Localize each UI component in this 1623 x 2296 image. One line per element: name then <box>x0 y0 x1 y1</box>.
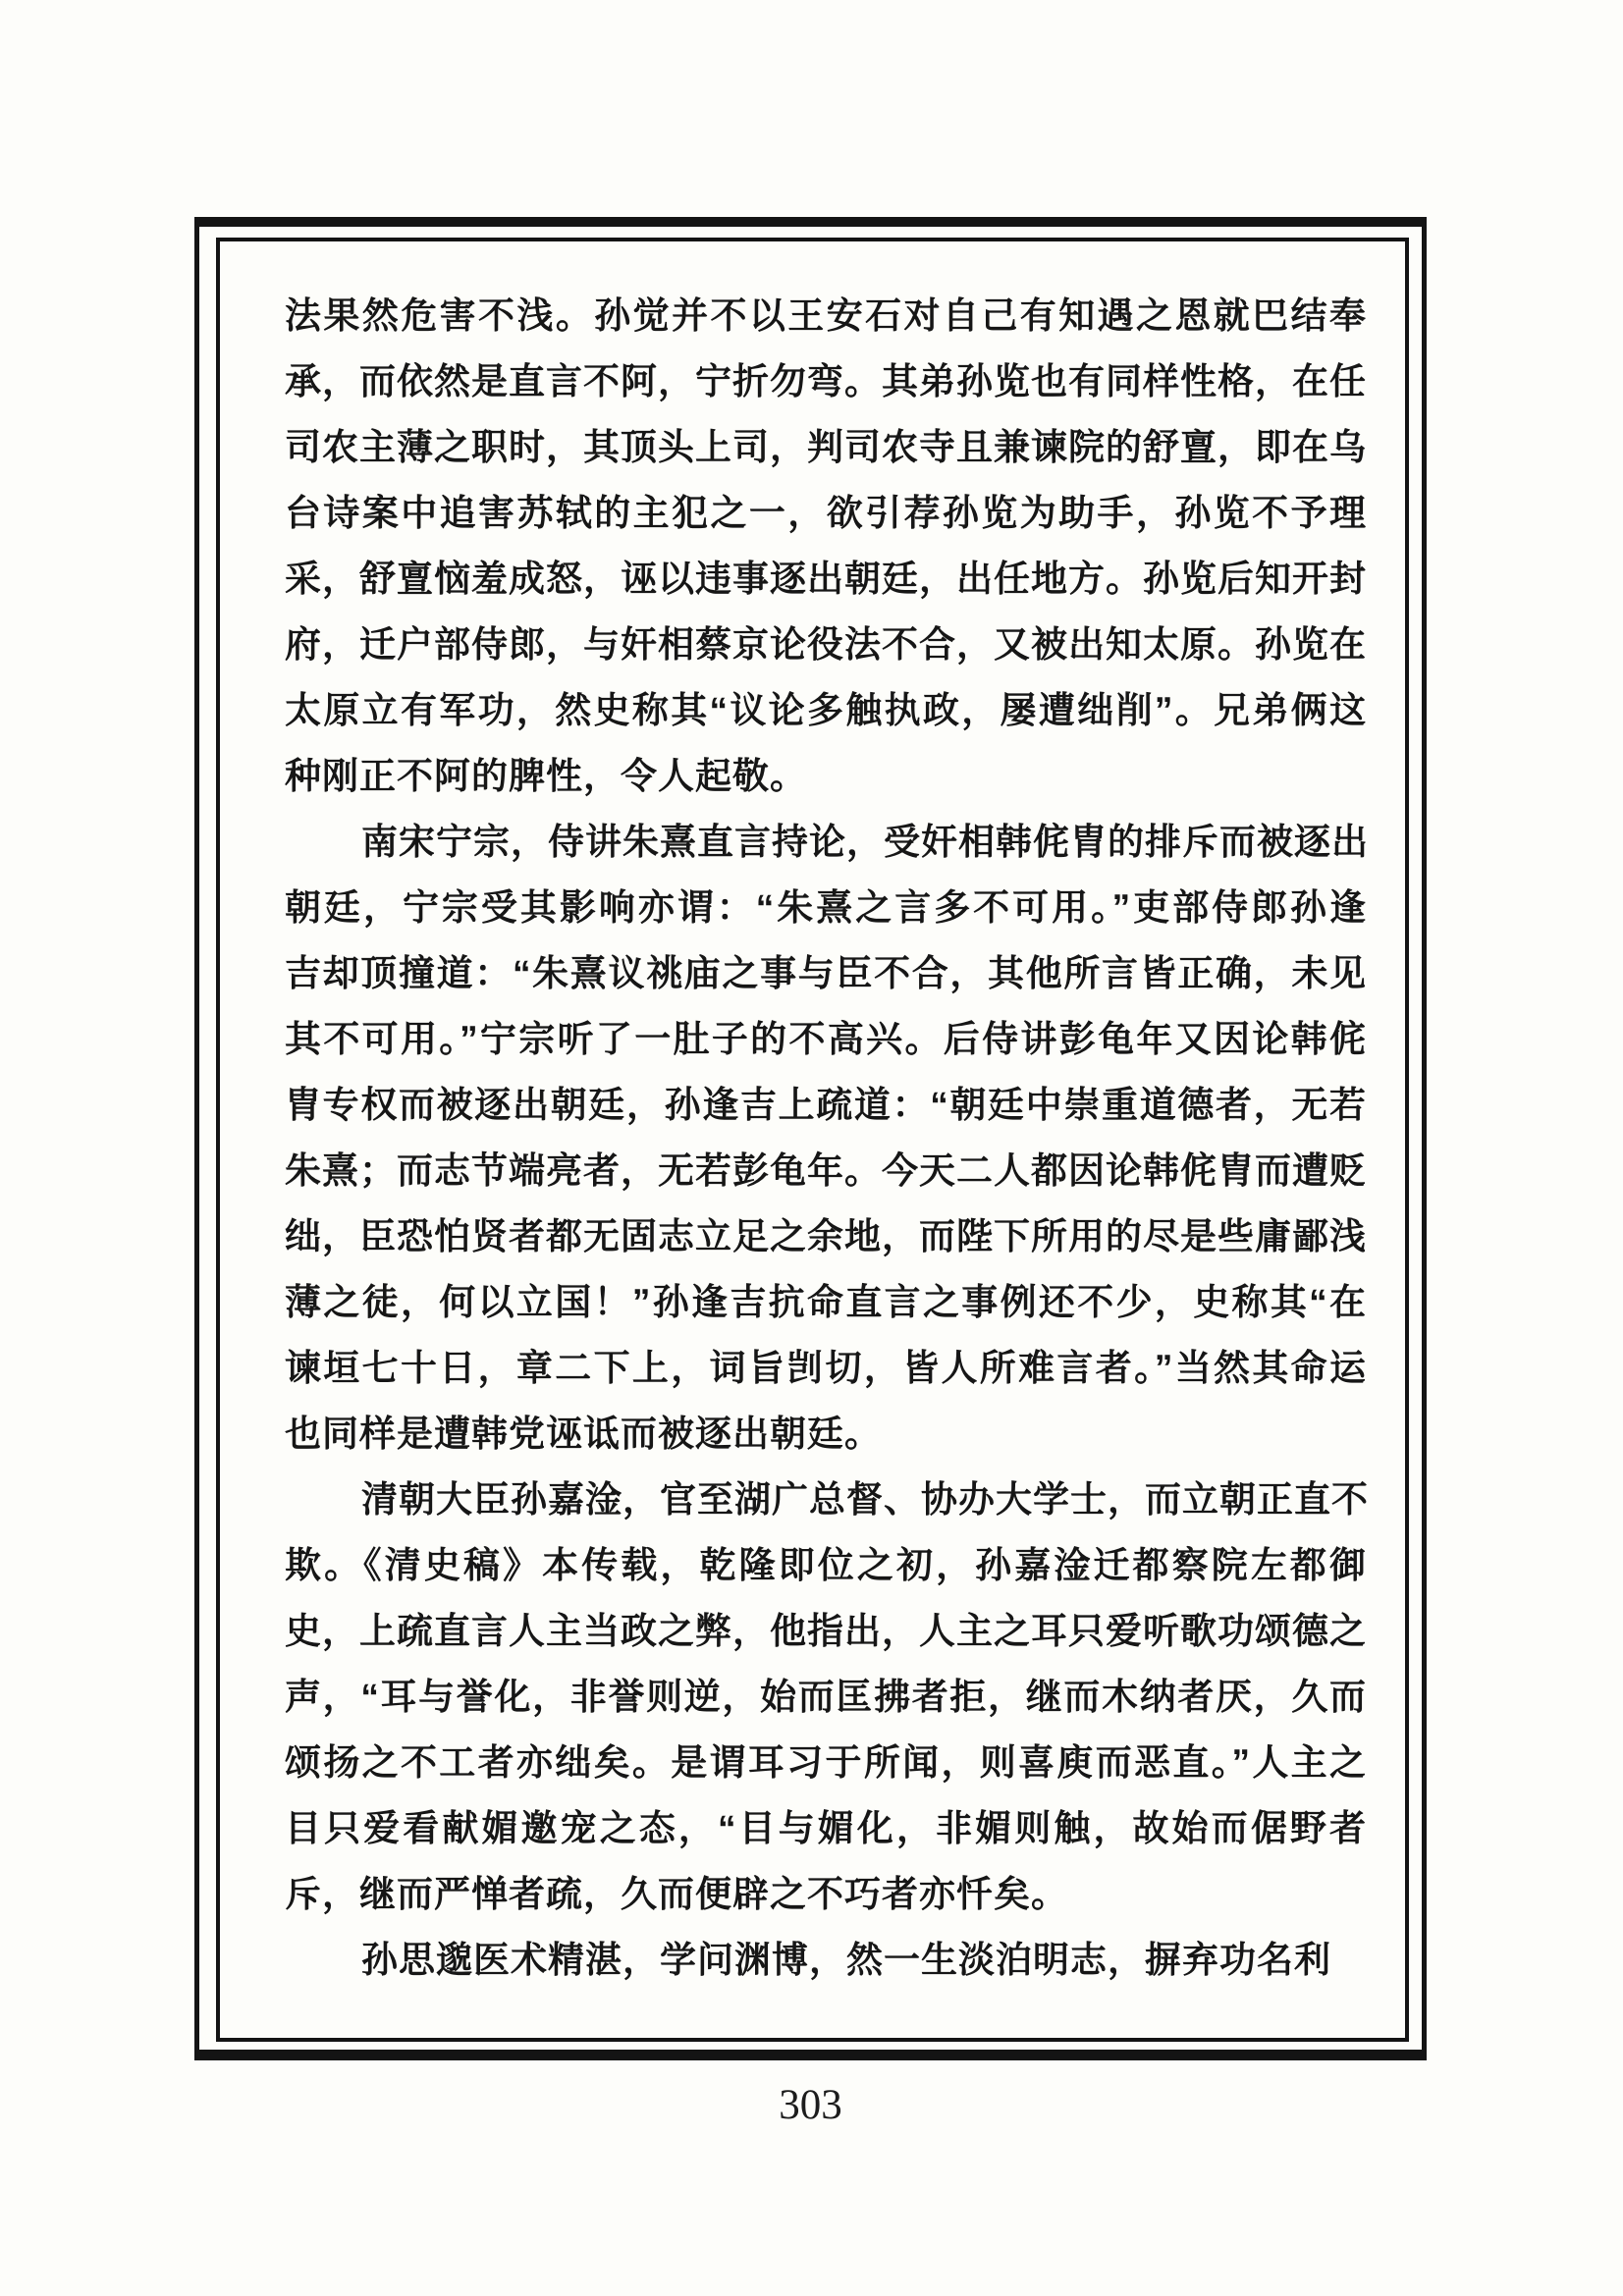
text-line: 采，舒亶恼羞成怒，诬以违事逐出朝廷，出任地方。孙览后知开封 <box>285 546 1367 612</box>
page-number: 303 <box>194 2081 1427 2129</box>
text-line: 台诗案中追害苏轼的主犯之一，欲引荐孙览为助手，孙览不予理 <box>285 480 1367 546</box>
text-line: 欺。《清史稿》本传载，乾隆即位之初，孙嘉淦迁都察院左都御 <box>285 1532 1367 1598</box>
text-line: 孙思邈医术精湛，学问渊博，然一生淡泊明志，摒弃功名利 <box>285 1927 1367 1993</box>
text-line: 声，“耳与誉化，非誉则逆，始而匡拂者拒，继而木纳者厌，久而 <box>285 1664 1367 1730</box>
text-line: 颂扬之不工者亦绌矣。是谓耳习于所闻，则喜庾而恶直。”人主之 <box>285 1730 1367 1795</box>
text-line: 其不可用。”宁宗听了一肚子的不高兴。后侍讲彭龟年又因论韩侂 <box>285 1006 1367 1072</box>
text-line: 朝廷，宁宗受其影响亦谓：“朱熹之言多不可用。”吏部侍郎孙逢 <box>285 875 1367 940</box>
text-block: 法果然危害不浅。孙觉并不以王安石对自己有知遇之恩就巴结奉承，而依然是直言不阿，宁… <box>285 283 1367 1993</box>
text-line: 目只爱看献媚邀宠之态，“目与媚化，非媚则触，故始而倨野者 <box>285 1795 1367 1861</box>
text-line: 史，上疏直言人主当政之弊，他指出，人主之耳只爱听歌功颂德之 <box>285 1598 1367 1664</box>
text-line: 种刚正不阿的脾性，令人起敬。 <box>285 743 1367 809</box>
text-line: 绌，臣恐怕贤者都无固志立足之余地，而陛下所用的尽是些庸鄙浅 <box>285 1203 1367 1269</box>
text-line: 也同样是遭韩党诬诋而被逐出朝廷。 <box>285 1401 1367 1467</box>
text-line: 薄之徒，何以立国！”孙逢吉抗命直言之事例还不少，史称其“在 <box>285 1269 1367 1335</box>
text-line: 斥，继而严惮者疏，久而便辟之不巧者亦忏矣。 <box>285 1861 1367 1927</box>
text-line: 承，而依然是直言不阿，宁折勿弯。其弟孙览也有同样性格，在任 <box>285 348 1367 414</box>
text-line: 谏垣七十日，章二下上，词旨剀切，皆人所难言者。”当然其命运 <box>285 1335 1367 1401</box>
text-line: 府，迁户部侍郎，与奸相蔡京论役法不合，又被出知太原。孙览在 <box>285 612 1367 677</box>
text-line: 胄专权而被逐出朝廷，孙逢吉上疏道：“朝廷中崇重道德者，无若 <box>285 1072 1367 1138</box>
text-line: 司农主薄之职时，其顶头上司，判司农寺且兼谏院的舒亶，即在乌 <box>285 414 1367 480</box>
text-line: 南宋宁宗，侍讲朱熹直言持论，受奸相韩侂胄的排斥而被逐出 <box>285 809 1367 875</box>
text-line: 法果然危害不浅。孙觉并不以王安石对自己有知遇之恩就巴结奉 <box>285 283 1367 348</box>
text-line: 清朝大臣孙嘉淦，官至湖广总督、协办大学士，而立朝正直不 <box>285 1467 1367 1532</box>
text-line: 吉却顶撞道：“朱熹议祧庙之事与臣不合，其他所言皆正确，未见 <box>285 940 1367 1006</box>
text-line: 太原立有军功，然史称其“议论多触执政，屡遭绌削”。兄弟俩这 <box>285 677 1367 743</box>
text-line: 朱熹；而志节端亮者，无若彭龟年。今天二人都因论韩侂胄而遭贬 <box>285 1138 1367 1203</box>
